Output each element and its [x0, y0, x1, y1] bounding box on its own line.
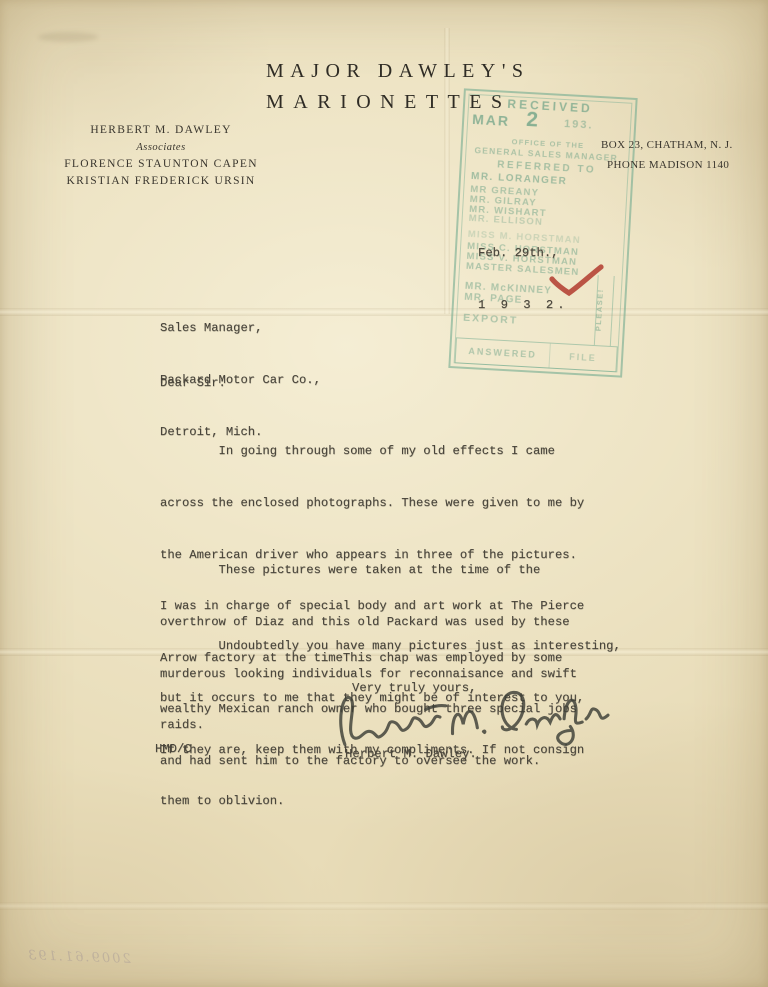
- red-checkmark-icon: [543, 264, 607, 302]
- letter-page: MAJOR DAWLEY'S MARIONETTES HERBERT M. DA…: [0, 0, 768, 987]
- salutation: Dear Sir:: [160, 375, 226, 392]
- recipient-line: Sales Manager,: [160, 320, 321, 337]
- letterhead-contact-block: BOX 23, CHATHAM, N. J. PHONE MADISON 114…: [601, 135, 733, 175]
- letterhead-phone: PHONE MADISON 1140: [601, 155, 733, 175]
- stamp-date-year: 193.: [564, 118, 594, 132]
- letterhead-associates-label: Associates: [42, 139, 280, 156]
- letterhead-principal-name: HERBERT M. DAWLEY: [42, 122, 280, 139]
- letterhead-associate-name: FLORENCE STAUNTON CAPEN: [42, 156, 280, 173]
- reference-initials: HMD/C: [155, 741, 192, 758]
- handwritten-signature: Herbert M. Dawley: [330, 678, 612, 760]
- horizontal-fold-crease: [0, 902, 768, 910]
- letterhead-title-line1: MAJOR DAWLEY'S: [266, 56, 530, 87]
- letterhead-staff-block: HERBERT M. DAWLEY Associates FLORENCE ST…: [42, 122, 280, 190]
- body-line: them to oblivion.: [160, 793, 621, 810]
- body-line: Undoubtedly you have many pictures just …: [160, 638, 621, 655]
- stamp-date-day: 2: [526, 108, 539, 133]
- letterhead-associate-name: KRISTIAN FREDERICK URSIN: [42, 173, 280, 190]
- body-line: across the enclosed photographs. These w…: [160, 495, 584, 512]
- catalog-number-pencil-mark: 2009.61.193: [26, 948, 131, 967]
- body-line: These pictures were taken at the time of…: [160, 562, 577, 579]
- letterhead-address: BOX 23, CHATHAM, N. J.: [601, 135, 733, 155]
- letter-date-line1: Feb. 29th.,: [478, 245, 569, 262]
- body-line: In going through some of my old effects …: [160, 443, 584, 460]
- stamp-date-month: MAR: [472, 111, 511, 129]
- paper-smudge: [38, 32, 98, 42]
- horizontal-fold-crease: [0, 308, 768, 316]
